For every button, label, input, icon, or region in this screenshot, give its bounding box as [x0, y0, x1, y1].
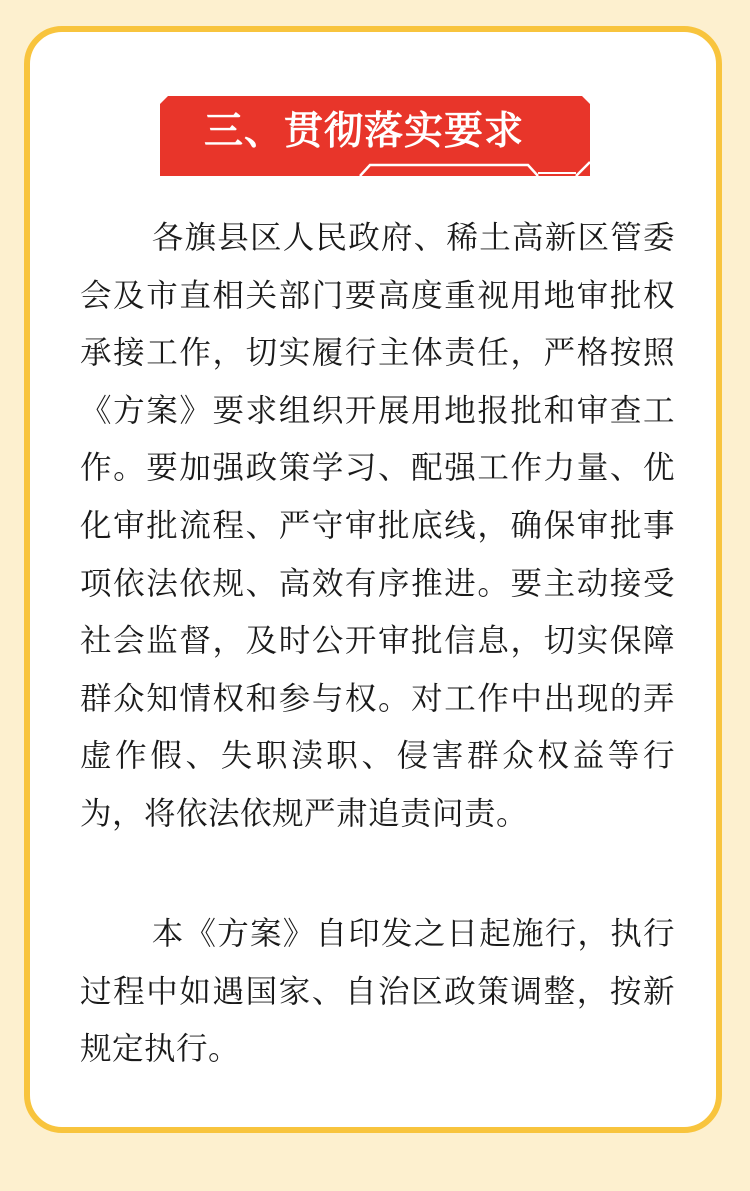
body-paragraph-1: 各旗县区人民政府、稀土高新区管委会及市直相关部门要高度重视用地审批权承接工作，切… [80, 210, 675, 844]
section-title: 三、贯彻落实要求 [204, 104, 524, 160]
paragraph-text: 本《方案》自印发之日起施行，执行过程中如遇国家、自治区政策调整，按新规定执行。 [80, 916, 675, 1067]
paragraph-text: 各旗县区人民政府、稀土高新区管委会及市直相关部门要高度重视用地审批权承接工作，切… [80, 220, 675, 832]
section-banner: 三、贯彻落实要求 [160, 96, 592, 176]
body-paragraph-2: 本《方案》自印发之日起施行，执行过程中如遇国家、自治区政策调整，按新规定执行。 [80, 906, 675, 1079]
